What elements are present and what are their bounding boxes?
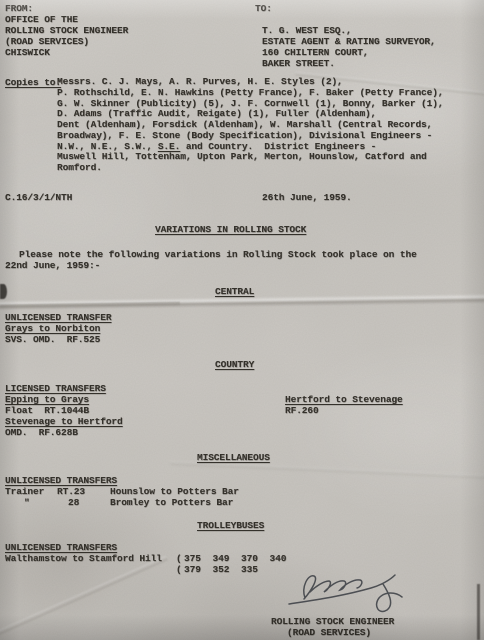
misc-route: Hounslow to Potters Bar: [110, 486, 239, 497]
misc-stock: RT.23: [57, 486, 110, 497]
country-route-1: Epping to Grays: [5, 394, 89, 405]
central-block: UNLICENSED TRANSFER Grays to Norbiton SV…: [5, 312, 111, 345]
from-line: CHISWICK: [5, 47, 128, 58]
open-paren: (: [176, 564, 184, 575]
signoff-department: (ROAD SERVICES): [287, 627, 371, 638]
country-detail-2: OMD. RF.628B: [5, 427, 123, 438]
fleet-number: 352: [213, 564, 242, 575]
handwritten-signature-icon: [283, 567, 423, 621]
copies-line: Romford.: [57, 163, 443, 174]
to-line: ESTATE AGENT & RATING SURVEYOR,: [262, 36, 436, 47]
document-title: VARIATIONS IN ROLLING STOCK: [155, 224, 306, 235]
trolley-row: Walthamstow to Stamford Hill ( 375 349 3…: [5, 553, 298, 564]
misc-stock: 28: [57, 497, 110, 508]
scan-edge-mark: [477, 584, 480, 640]
to-block: T. G. WEST ESQ., ESTATE AGENT & RATING S…: [262, 25, 436, 69]
section-heading-country: COUNTRY: [215, 359, 254, 370]
from-line: (ROAD SERVICES): [5, 36, 128, 47]
country-route-2: Stevenage to Hertford: [5, 416, 123, 427]
to-line: 160 CHILTERN COURT,: [262, 47, 436, 58]
trolley-route: Walthamstow to Stamford Hill: [5, 553, 176, 564]
fleet-number: 370: [241, 553, 270, 564]
open-paren: (: [176, 553, 184, 564]
misc-route: Bromley to Potters Bar: [110, 497, 233, 508]
country-left-column: LICENSED TRANSFERS Epping to Grays Float…: [5, 383, 123, 438]
fleet-number: 379: [184, 564, 213, 575]
fleet-number: 349: [213, 553, 242, 564]
section-heading-trolleybuses: TROLLEYBUSES: [197, 520, 264, 531]
trolley-row: ( 379 352 335: [5, 564, 298, 575]
misc-unit: Trainer: [5, 486, 57, 497]
fleet-number: 335: [241, 564, 270, 575]
miscellaneous-block: UNLICENSED TRANSFERS Trainer RT.23 Houns…: [5, 475, 239, 508]
country-right-column: Hertford to Stevenage RF.260: [285, 394, 403, 416]
fleet-number: 340: [270, 553, 299, 564]
misc-row: Trainer RT.23 Hounslow to Potters Bar: [5, 486, 239, 497]
section-heading-central: CENTRAL: [215, 286, 254, 297]
country-transfer-label: LICENSED TRANSFERS: [5, 383, 106, 394]
from-block: FROM: OFFICE OF THE ROLLING STOCK ENGINE…: [5, 3, 128, 58]
copies-list: Messrs. C. J. Mays, A. R. Purves, H. E. …: [57, 77, 443, 174]
from-label: FROM:: [5, 3, 128, 14]
intro-line: 22nd June, 1959:-: [5, 260, 417, 271]
reference-number: C.16/3/1/NTH: [5, 192, 72, 203]
to-line: T. G. WEST ESQ.,: [262, 25, 436, 36]
central-route: Grays to Norbiton: [5, 323, 100, 334]
trolleybuses-block: UNLICENSED TRANSFERS Walthamstow to Stam…: [5, 542, 298, 575]
trolley-transfer-label: UNLICENSED TRANSFERS: [5, 542, 117, 553]
ink-smudge-left-edge: [0, 284, 7, 299]
document-date: 26th June, 1959.: [262, 192, 352, 203]
to-line: BAKER STREET.: [262, 58, 436, 69]
document-page: FROM: OFFICE OF THE ROLLING STOCK ENGINE…: [0, 0, 484, 640]
country-detail-1: Float RT.1044B: [5, 405, 123, 416]
intro-line: Please note the following variations in …: [5, 249, 417, 260]
country-detail-3: RF.260: [285, 405, 403, 416]
to-label: TO:: [255, 3, 272, 14]
copies-label: Copies to:: [5, 77, 61, 88]
horizontal-crease-shadow: [0, 302, 180, 310]
misc-row: " 28 Bromley to Potters Bar: [5, 497, 239, 508]
section-heading-miscellaneous: MISCELLANEOUS: [197, 452, 270, 463]
fleet-number: 375: [184, 553, 213, 564]
central-detail: SVS. OMD. RF.525: [5, 334, 111, 345]
country-route-3: Hertford to Stevenage: [285, 394, 403, 405]
copies-line: Muswell Hill, Tottenham, Upton Park, Mer…: [57, 152, 443, 163]
trolley-row-indent: [5, 564, 176, 575]
misc-unit: ": [5, 497, 57, 508]
misc-transfer-label: UNLICENSED TRANSFERS: [5, 475, 117, 486]
intro-paragraph: Please note the following variations in …: [5, 249, 417, 271]
from-line: OFFICE OF THE: [5, 14, 128, 25]
central-transfer-label: UNLICENSED TRANSFER: [5, 312, 111, 323]
from-line: ROLLING STOCK ENGINEER: [5, 25, 128, 36]
